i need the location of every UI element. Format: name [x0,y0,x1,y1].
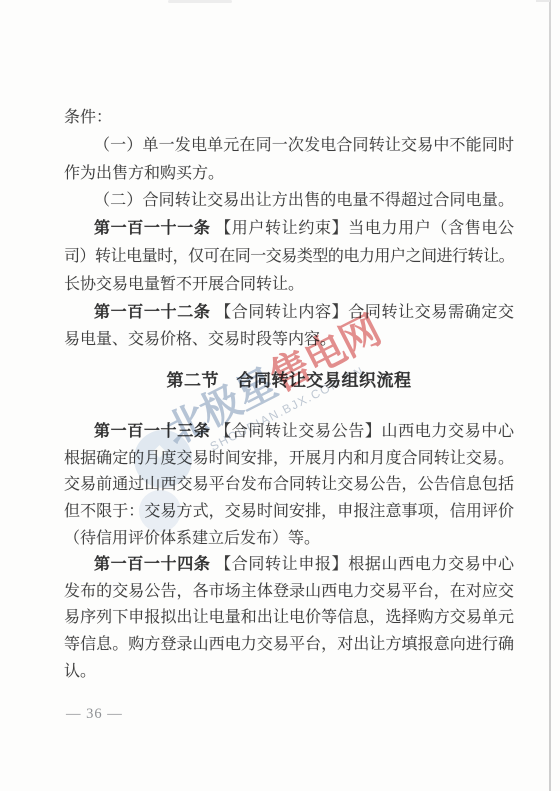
article-number: 第一百一十三条 [94,423,210,440]
body-text: 根据确定的月度交易时间安排，开展月内和月度合同转让交易。 [64,450,514,467]
body-text: 【合同转让交易公告】山西电力交易中心 [210,423,514,440]
text-line: 长协交易电量暂不开展合同转让。 [64,271,514,299]
body-text: 条件： [64,109,112,126]
body-text: 长协交易电量暂不开展合同转让。 [64,276,304,293]
text-line: 但不限于：交易方式，交易时间安排，申报注意事项，信用评价 [64,499,514,526]
body-text: 【用户转让约束】当电力用户（含售电公 [210,220,514,237]
text-line: 第一百一十四条 【合同转让申报】根据山西电力交易中心 [64,552,514,579]
scan-top-smudge [168,0,232,3]
body-text: 司）转让电量时，仅可在同一交易类型的电力用户之间进行转让。 [64,248,514,265]
body-text: 易序列下申报拟出让电量和出让电价等信息，选择购方交易单元 [64,609,514,626]
text-line: 等信息。购方登录山西电力交易平台，对出让方填报意向进行确 [64,632,514,659]
article-number: 第一百一十二条 [94,304,210,321]
text-line: 司）转让电量时，仅可在同一交易类型的电力用户之间进行转让。 [64,243,514,271]
text-line: 条件： [64,104,514,132]
text-line: 易电量、交易价格、交易时段等内容。 [64,326,514,354]
text-line: 作为出售方和购买方。 [64,160,514,188]
body-text: （待信用评价体系建立后发布）等。 [64,530,320,547]
text-line: 第一百一十三条 【合同转让交易公告】山西电力交易中心 [64,419,514,446]
body-text: 【合同转让申报】根据山西电力交易中心 [210,556,514,573]
text-line: 交易前通过山西交易平台发布合同转让交易公告，公告信息包括 [64,472,514,499]
body-text: 认。 [64,663,96,680]
body-text: 但不限于：交易方式，交易时间安排，申报注意事项，信用评价 [64,503,514,520]
text-line: （一）单一发电单元在同一次发电合同转让交易中不能同时 [64,132,514,160]
article-number: 第一百一十四条 [94,556,210,573]
article-number: 第一百一十一条 [94,220,210,237]
text-line: （二）合同转让交易出让方出售的电量不得超过合同电量。 [64,187,514,215]
section-heading: 第二节 合同转让交易组织流程 [64,367,514,395]
body-text: 交易前通过山西交易平台发布合同转让交易公告，公告信息包括 [64,476,514,493]
body-text: （一）单一发电单元在同一次发电合同转让交易中不能同时 [94,137,514,154]
document-body: 条件：（一）单一发电单元在同一次发电合同转让交易中不能同时作为出售方和购买方。（… [64,104,514,685]
scan-top-smudge-right [536,0,550,2]
text-line: 第一百一十二条 【合同转让内容】合同转让交易需确定交 [64,299,514,327]
text-line: 发布的交易公告，各市场主体登录山西电力交易平台，在对应交 [64,579,514,606]
body-text: 发布的交易公告，各市场主体登录山西电力交易平台，在对应交 [64,583,514,600]
text-line: （待信用评价体系建立后发布）等。 [64,526,514,553]
text-line: 第一百一十一条 【用户转让约束】当电力用户（含售电公 [64,215,514,243]
text-line: 易序列下申报拟出让电量和出让电价等信息，选择购方交易单元 [64,605,514,632]
body-text: 等信息。购方登录山西电力交易平台，对出让方填报意向进行确 [64,636,514,653]
page-number: — 36 — [66,706,123,723]
body-text: 易电量、交易价格、交易时段等内容。 [64,331,336,348]
body-text: 作为出售方和购买方。 [64,165,224,182]
text-line: 根据确定的月度交易时间安排，开展月内和月度合同转让交易。 [64,446,514,473]
body-text: （二）合同转让交易出让方出售的电量不得超过合同电量。 [94,192,514,209]
scan-page-edge [549,0,551,791]
scanned-document-page: { "page": { "footer": "— 36 —" }, "water… [0,0,560,791]
text-line: 认。 [64,659,514,686]
body-text: 【合同转让内容】合同转让交易需确定交 [210,304,514,321]
